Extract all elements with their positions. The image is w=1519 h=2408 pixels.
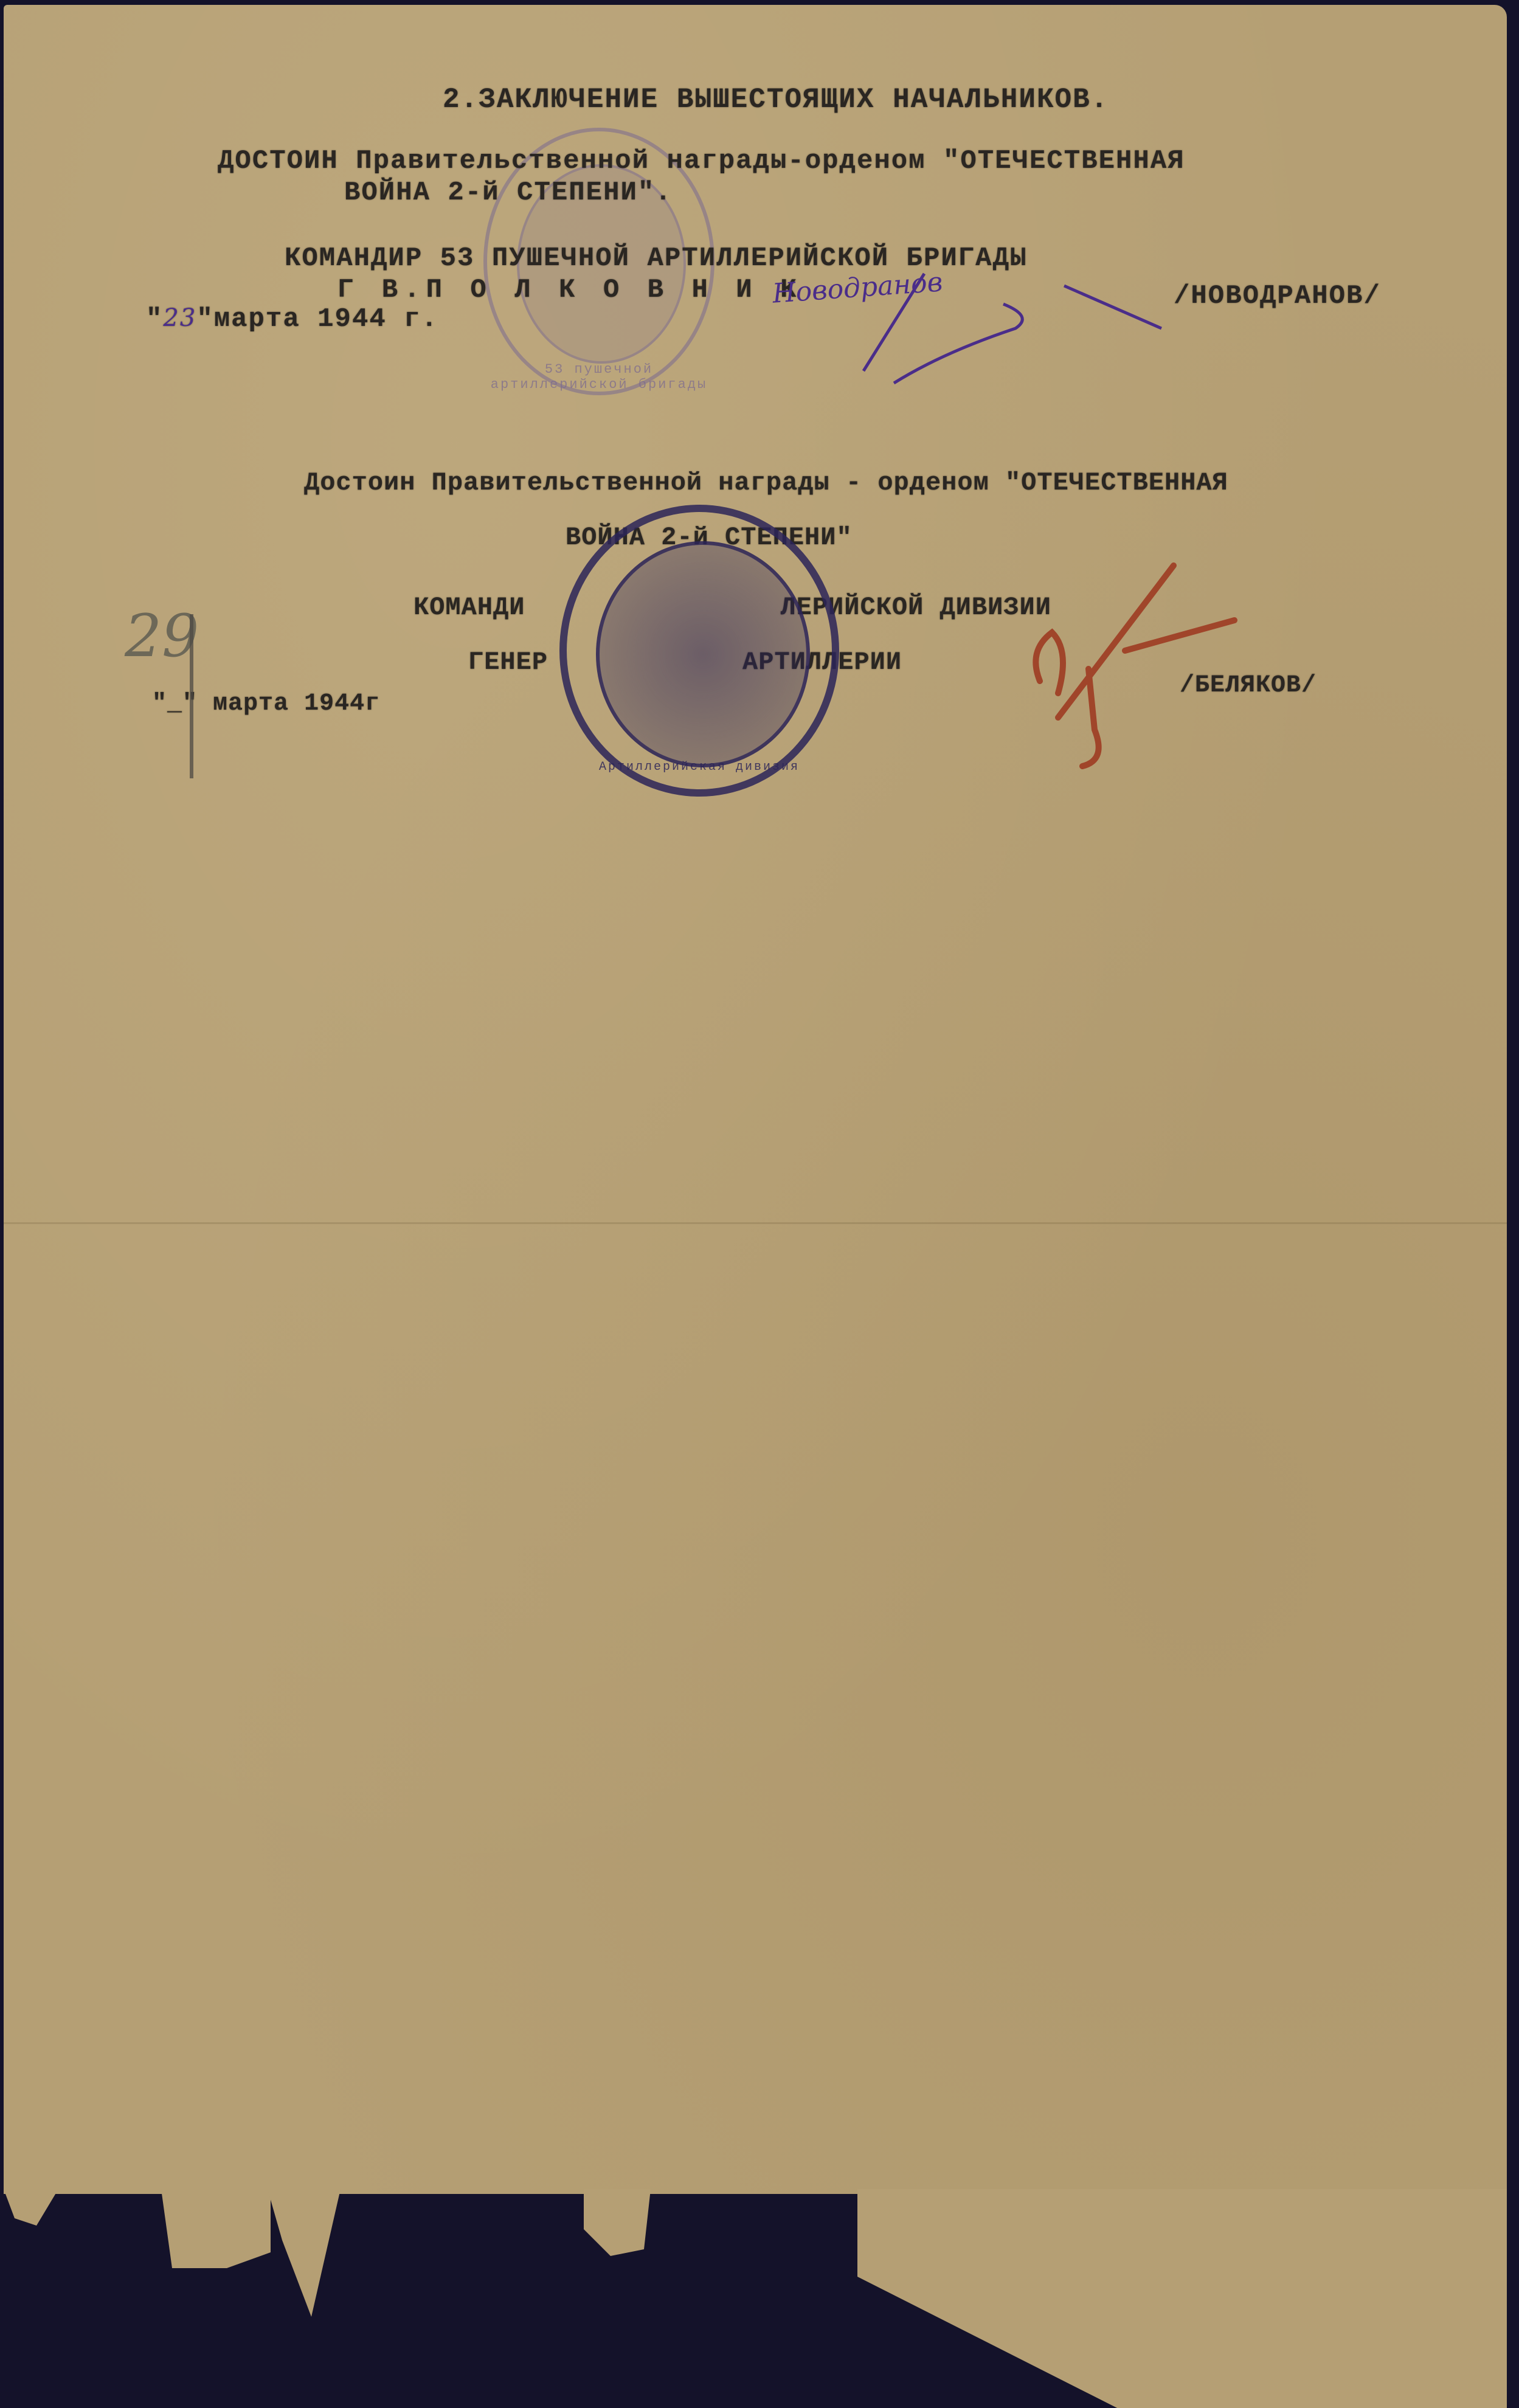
torn-paper-fragment: [857, 2189, 1507, 2408]
torn-edge: [161, 2189, 271, 2268]
paper-fold-line: [4, 1222, 1507, 1224]
date-line-1: "23"марта 1944 г.: [146, 304, 438, 334]
torn-edge: [268, 2189, 341, 2317]
date-line-2: "_" марта 1944г: [152, 690, 380, 718]
section-heading: 2.ЗАКЛЮЧЕНИЕ ВЫШЕСТОЯЩИХ НАЧАЛЬНИКОВ.: [443, 84, 1109, 116]
handwritten-day: 23: [163, 304, 196, 332]
division-stamp: Артиллерийская дивизия: [559, 505, 839, 797]
pencil-mark: [190, 614, 193, 778]
stamp-text: 53 пушечной артиллерийской бригады: [483, 362, 715, 392]
torn-edge: [4, 2189, 58, 2226]
stamp-text: Артиллерийская дивизия: [559, 760, 839, 774]
award-recommendation-line1-division: Достоин Правительственной награды - орде…: [304, 468, 1228, 497]
signature-stroke: [821, 261, 1247, 389]
handwritten-day-29: 29: [125, 602, 199, 670]
division-signature-stroke: [1022, 559, 1277, 778]
torn-edge: [584, 2189, 651, 2256]
award-recommendation-line1: ДОСТОИН Правительственной награды-ордено…: [218, 146, 1185, 176]
award-recommendation-line2: ВОЙНА 2-й СТЕПЕНИ".: [344, 178, 673, 208]
commander-rank: Г В.П О Л К О В Н И К: [337, 275, 803, 305]
